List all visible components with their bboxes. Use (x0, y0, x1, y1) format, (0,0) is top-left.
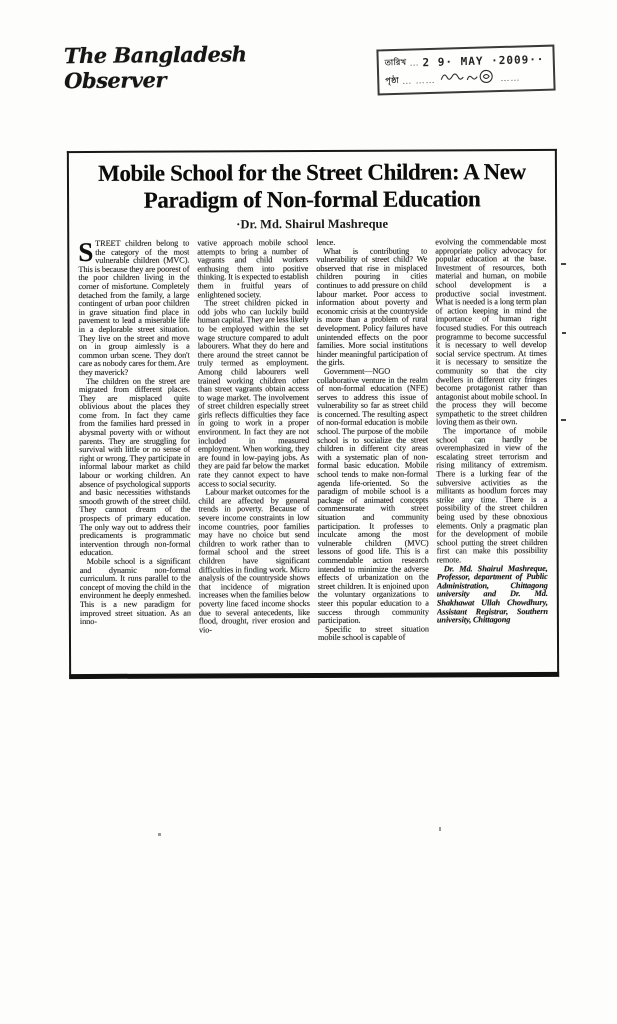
article-headline: Mobile School for the Street Children: A… (75, 158, 549, 214)
headline-line-1: Mobile School for the Street Children: A… (75, 158, 549, 187)
stamp-date-value: 2 9· MAY ·2009·· (422, 52, 544, 68)
stamp-page-trailer: …… (500, 72, 520, 83)
stamp-date-label: তারিখ (385, 56, 407, 70)
article-column-2: vative approach mobile school attempts t… (197, 239, 310, 665)
paragraph: The street children picked in odd jobs w… (198, 299, 310, 489)
article-columns: STREET children belong to the category o… (69, 231, 557, 666)
paragraph: The children on the street are migrated … (79, 377, 191, 558)
stamp-page-label: পৃষ্ঠা (385, 74, 399, 87)
article-column-4: evolving the commendable most appropriat… (435, 238, 548, 664)
scan-artifact (439, 827, 441, 831)
paragraph: evolving the commendable most appropriat… (435, 238, 547, 428)
author-credit: Dr. Md. Shairul Mashreque, Professor, de… (437, 565, 548, 626)
article-frame: Mobile School for the Street Children: A… (67, 149, 559, 679)
headline-line-2: Paradigm of Non-formal Education (75, 185, 549, 214)
paragraph: Labour market outcomes for the child are… (198, 488, 310, 635)
paragraph: STREET children belong to the category o… (78, 240, 190, 378)
paragraph: Specific to street situation mobile scho… (318, 625, 429, 643)
paragraph: Mobile school is a significant and dynam… (80, 558, 191, 627)
scan-artifact (158, 833, 161, 836)
scan-artifact (561, 263, 566, 265)
stamp-page-leader: … …… (402, 75, 436, 86)
dropcap-letter: S (78, 240, 95, 264)
handwriting-scribble-icon (439, 68, 498, 91)
scanned-newspaper-page: The Bangladesh Observer তারিখ … 2 9· MAY… (0, 0, 617, 1024)
article-column-1: STREET children belong to the category o… (78, 240, 191, 666)
scan-artifact (561, 419, 566, 421)
paragraph-text: TREET children belong to the category of… (78, 240, 189, 377)
date-stamp-box: তারিখ … 2 9· MAY ·2009·· পৃষ্ঠা … …… …… (376, 45, 555, 96)
paragraph: The importance of mobile school can hard… (436, 427, 548, 565)
newspaper-masthead: The Bangladesh Observer (64, 41, 295, 93)
stamp-page-row: পৃষ্ঠা … …… …… (385, 68, 547, 91)
article-column-3: lence. What is contributing to vulnerabi… (316, 238, 429, 664)
paragraph: What is contributing to vulnerability of… (316, 247, 428, 368)
scan-artifact (562, 332, 566, 334)
stamp-date-leader: … (409, 57, 419, 67)
paragraph: vative approach mobile school attempts t… (197, 239, 308, 300)
paragraph: Government—NGO collaborative venture in … (317, 367, 429, 625)
